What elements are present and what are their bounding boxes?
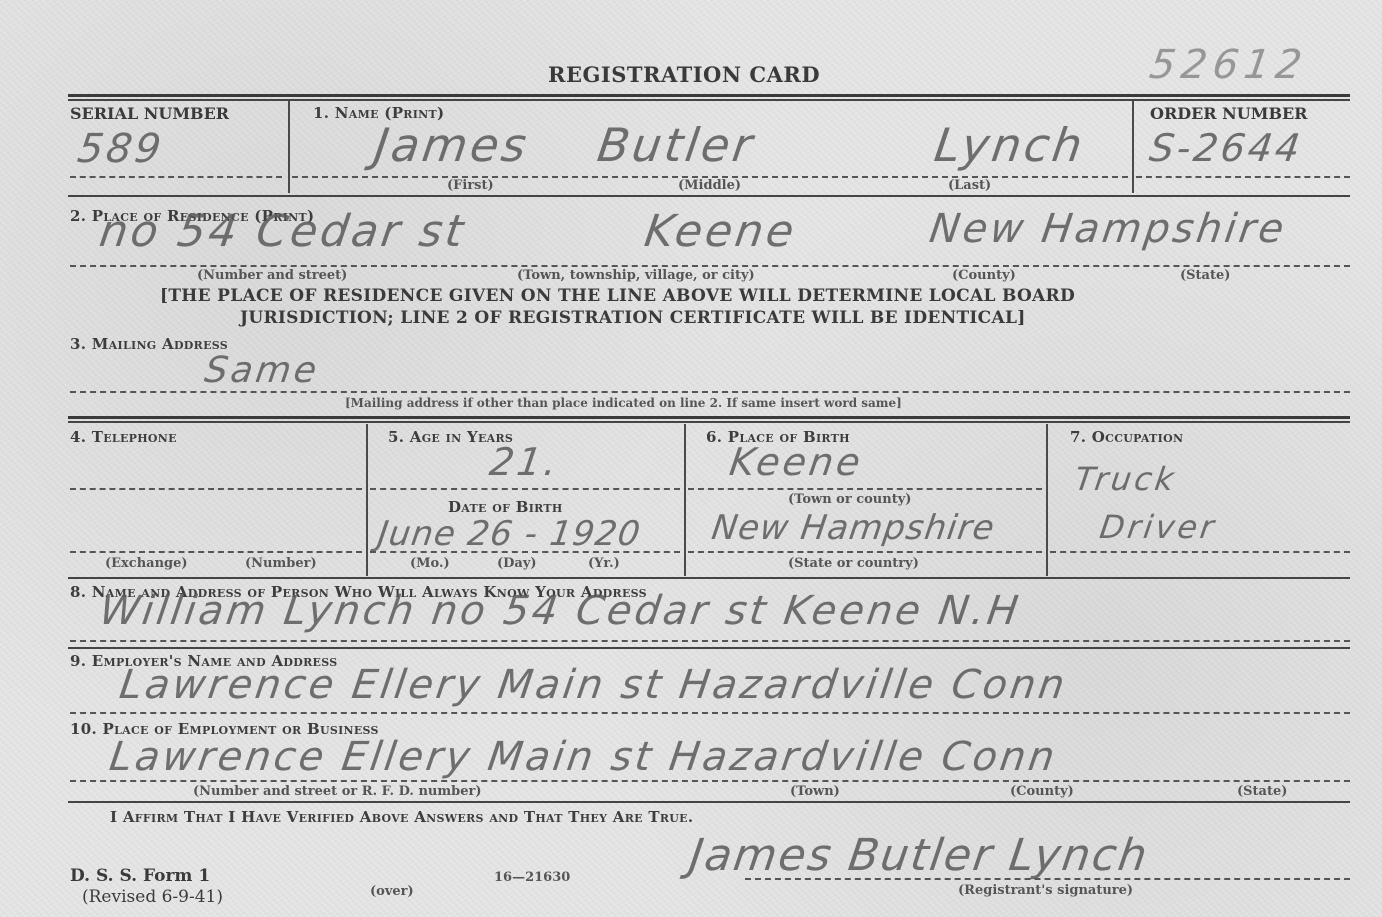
mailing-caption: [Mailing address if other than place ind… (345, 396, 902, 410)
employment-county-caption: (County) (1010, 784, 1074, 799)
dash-line (70, 265, 1350, 267)
dash-line (1050, 551, 1350, 553)
card-title: REGISTRATION CARD (548, 62, 820, 87)
dash-line (745, 878, 1350, 880)
dash-line (70, 712, 1350, 714)
form-revised: (Revised 6-9-41) (82, 887, 223, 907)
divider (1046, 424, 1048, 576)
last-caption: (Last) (948, 178, 991, 193)
dash-line (370, 488, 680, 490)
exchange-caption: (Exchange) (105, 556, 188, 571)
dash-line (370, 551, 680, 553)
county-caption: (County) (952, 268, 1016, 283)
contact-person-value: William Lynch no 54 Cedar st Keene N.H (97, 588, 1024, 634)
affirmation-text: I Affirm That I Have Verified Above Answ… (110, 808, 693, 826)
employer-value: Lawrence Ellery Main st Hazardville Conn (117, 662, 1070, 708)
serial-number-label: SERIAL NUMBER (70, 104, 229, 123)
dash-line (70, 780, 1350, 782)
registration-card: REGISTRATION CARD 52612 SERIAL NUMBER 58… (0, 0, 1382, 917)
form-number: D. S. S. Form 1 (70, 866, 210, 886)
employment-town-caption: (Town) (790, 784, 840, 799)
first-name-value: James (371, 118, 532, 172)
top-rule (68, 94, 1350, 97)
occupation-value-line1: Truck (1072, 460, 1179, 498)
day-caption: (Day) (497, 556, 537, 571)
first-caption: (First) (447, 178, 494, 193)
registrant-signature: James Butler Lynch (686, 830, 1152, 881)
occupation-label: 7. Occupation (1070, 428, 1183, 446)
order-number-value: S-2644 (1147, 126, 1306, 170)
residence-state-value: New Hampshire (927, 206, 1290, 252)
state-caption: (State) (1180, 268, 1230, 283)
serial-number-value: 589 (75, 126, 167, 172)
age-value: 21. (487, 440, 563, 484)
state-or-country-caption: (State or country) (788, 556, 919, 571)
section-rule (68, 416, 1350, 419)
dash-line (70, 551, 362, 553)
row-rule (68, 577, 1350, 579)
dash-line (688, 551, 1042, 553)
corner-number: 52612 (1147, 42, 1311, 88)
mailing-address-label: 3. Mailing Address (70, 335, 228, 353)
divider (366, 424, 368, 576)
town-caption: (Town, township, village, or city) (517, 268, 755, 283)
jurisdiction-notice-line1: [THE PLACE OF RESIDENCE GIVEN ON THE LIN… (160, 286, 1075, 306)
dash-line (70, 640, 1350, 642)
town-or-county-caption: (Town or county) (788, 492, 911, 507)
over-note: (over) (370, 884, 414, 899)
top-rule-inner (68, 99, 1350, 101)
last-name-value: Lynch (931, 118, 1088, 172)
dash-line (70, 488, 362, 490)
mailing-address-value: Same (202, 350, 322, 391)
divider (1132, 101, 1134, 193)
section-rule-inner (68, 421, 1350, 423)
divider (288, 101, 290, 193)
divider (684, 424, 686, 576)
residence-street-value: no 54 Cedar st (96, 206, 469, 257)
occupation-value-line2: Driver (1097, 508, 1219, 546)
birth-state-value: New Hampshire (709, 508, 997, 548)
print-code: 16—21630 (494, 870, 570, 885)
year-caption: (Yr.) (588, 556, 620, 571)
birth-town-value: Keene (727, 440, 866, 484)
middle-name-value: Butler (594, 118, 758, 172)
employment-street-caption: (Number and street or R. F. D. number) (193, 784, 481, 799)
residence-town-value: Keene (641, 206, 800, 257)
row-rule (68, 647, 1350, 649)
signature-caption: (Registrant's signature) (958, 883, 1133, 898)
date-of-birth-value: June 26 - 1920 (375, 514, 643, 554)
order-number-label: ORDER NUMBER (1150, 104, 1307, 123)
number-caption: (Number) (245, 556, 317, 571)
dash-line (70, 391, 1350, 393)
dash-line (688, 488, 1042, 490)
telephone-label: 4. Telephone (70, 428, 177, 446)
employment-state-caption: (State) (1237, 784, 1287, 799)
place-of-employment-value: Lawrence Ellery Main st Hazardville Conn (107, 734, 1060, 780)
street-caption: (Number and street) (197, 268, 347, 283)
row-rule (68, 801, 1350, 803)
dash-line (1136, 176, 1350, 178)
middle-caption: (Middle) (678, 178, 741, 193)
row-rule (68, 195, 1350, 197)
month-caption: (Mo.) (410, 556, 450, 571)
dash-line (70, 176, 282, 178)
jurisdiction-notice-line2: JURISDICTION; LINE 2 OF REGISTRATION CER… (240, 308, 1026, 328)
